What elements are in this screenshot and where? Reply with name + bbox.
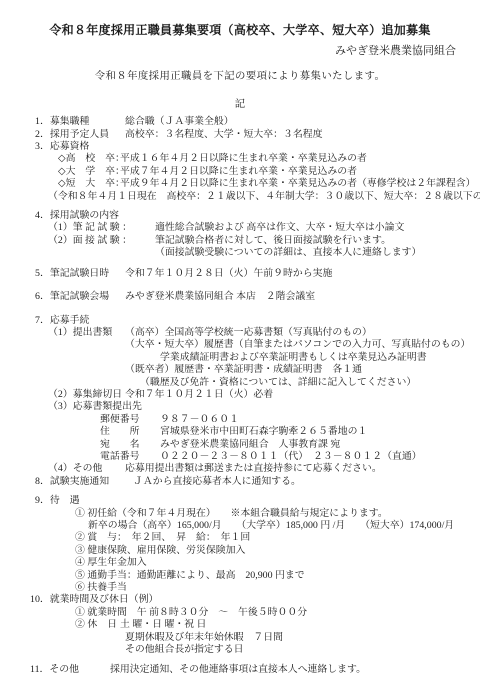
phone-value: ０２２０－２３－８０１１（代） ２３－８０１２（直通）: [160, 451, 422, 462]
section-1-value: 総合職（ＪＡ事業全般）: [125, 116, 234, 127]
address-line: 住 所宮城県登米市中田町石森字駒牽２６５番地の１: [0, 426, 480, 438]
deadline-value: 令和７年１０月２１日（火）必着: [125, 389, 273, 400]
section-9-heading: 9．待 遇: [0, 495, 480, 507]
doc-title: 令和８年度採用正職員募集要項（高校卒、大学卒、短大卒）追加募集: [0, 0, 480, 37]
section-7-other-label: （4）その他: [48, 463, 125, 475]
written-exam-value: 適性総合試験および 高卒は作文、大卒・短大卒は小論文: [155, 222, 404, 233]
benefit-dependent-allowance: ⑥ 扶養手当: [0, 582, 480, 594]
section-4-heading: 4．採用試験の内容: [0, 210, 480, 222]
qualification-juniorcollege-value: 平成９年４月２日以降に生まれ卒業・卒業見込みの者（専修学校は２年課程含）: [120, 178, 476, 189]
qualification-age-note: （令和８年４月１日現在 高校卒：２１歳以下、４年制大学：３０歳以下、短大卒：２８…: [0, 191, 480, 203]
deadline-label: （2）募集締切日: [48, 389, 125, 401]
section-5-value: 令和７年１０月２８日（火）午前９時から実施: [125, 268, 332, 279]
section-11-other: 11．その他採用決定通知、その他連絡事項は直接本人へ連絡します。: [0, 664, 480, 676]
section-1-label: 1．募集職種: [35, 116, 125, 128]
section-1-job-type: 1．募集職種総合職（ＪＡ事業全般）: [0, 116, 480, 128]
interview-exam-value: 筆記試験合格者に対して、後日面接試験を行います。: [155, 235, 391, 246]
section-7-heading: 7．応募手続: [0, 315, 480, 327]
address-value: 宮城県登米市中田町石森字駒牽２６５番地の１: [160, 426, 367, 437]
submission-docs-line3: 学業成績証明書および卒業証明書もしくは卒業見込み証明書: [0, 352, 480, 364]
holiday-label: ② 休 日: [75, 619, 120, 631]
benefit-commute-allowance: ⑤ 通勤手当：通勤距離により、最高 20,900 円まで: [0, 570, 480, 582]
qualification-highschool-label: ◇高 校 卒：: [58, 153, 120, 165]
benefit-bonus-raise: ② 賞 与： 年２回、 昇 給： 年１回: [0, 532, 480, 544]
section-6-exam-venue: 6．筆記試験会場みやぎ登米農業協同組合 本店 ２階会議室: [0, 291, 480, 303]
record-mark: 記: [0, 99, 480, 111]
submit-address-heading: （3）応募書類提出先: [0, 401, 480, 413]
address-label: 住 所: [100, 426, 160, 438]
qualification-university-label: ◇大 学 卒：: [58, 166, 120, 178]
benefit-salary-detail: 新卒の場合（高卒）165,000/月 （大学卒）185,000 円 /月 （短大…: [0, 520, 480, 532]
section-10-heading: 10．就業時間及び休日（例）: [0, 594, 480, 606]
addressee-value: みやぎ登米農業協同組合 人事教育課 宛: [160, 439, 340, 450]
holiday-designated: その他組合長が指定する日: [0, 644, 480, 656]
postal-code-label: 郵便番号: [100, 414, 160, 426]
submission-docs-highschool: （高卒）全国高等学校統一応募書類（写真貼付のもの）: [125, 327, 372, 338]
recruitment-notice-document: 令和８年度採用正職員募集要項（高校卒、大学卒、短大卒）追加募集 みやぎ登米農業協…: [0, 0, 480, 679]
postal-code-line: 郵便番号９８７－０６０１: [0, 414, 480, 426]
section-2-value: 高校卒：３名程度、大学・短大卒：３名程度: [125, 129, 323, 140]
phone-label: 電話番号: [100, 451, 160, 463]
section-5-exam-datetime: 5．筆記試験日時令和７年１０月２８日（火）午前９時から実施: [0, 268, 480, 280]
section-8-label: 8．試験実施通知: [35, 476, 133, 488]
section-11-value: 採用決定通知、その他連絡事項は直接本人へ連絡します。: [110, 664, 366, 675]
section-7-other-line: （4）その他応募用提出書類は郵送または直接持参にて応募ください。: [0, 463, 480, 475]
qualification-university: ◇大 学 卒：平成７年４月２日以降に生まれ卒業・卒業見込みの者: [0, 166, 480, 178]
working-hours-line: ① 就業時間 午 前８時３０分 ～ 午後５時００分: [0, 607, 480, 619]
benefit-starting-salary: ① 初任給（令和７年４月現在） ※本組合職員給与規定によります。: [0, 508, 480, 520]
holiday-summer-newyear: 夏期休暇及び年末年始休暇 ７日間: [0, 632, 480, 644]
section-2-planned-hires: 2．採用予定人員高校卒：３名程度、大学・短大卒：３名程度: [0, 129, 480, 141]
addressee-label: 宛 名: [100, 439, 160, 451]
addressee-line: 宛 名みやぎ登米農業協同組合 人事教育課 宛: [0, 439, 480, 451]
section-2-label: 2．採用予定人員: [35, 129, 125, 141]
intro-sentence: 令和８年度採用正職員を下記の要項により募集いたします。: [0, 71, 480, 83]
holiday-value: 土 曜・日 曜・祝 日: [120, 619, 206, 630]
submission-docs-line5: （職歴及び免許・資格については、詳細に記入してください）: [0, 377, 480, 389]
benefit-insurance: ③ 健康保険、雇用保険、労災保険加入: [0, 545, 480, 557]
qualification-juniorcollege-label: ◇短 大 卒：: [58, 178, 120, 190]
qualification-university-value: 平成７年４月２日以降に生まれ卒業・卒業見込みの者: [120, 166, 357, 177]
submission-docs-line1: （1）提出書類（高卒）全国高等学校統一応募書類（写真貼付のもの）: [0, 327, 480, 339]
section-3-heading: 3．応募資格: [0, 141, 480, 153]
interview-exam-label: （2）面 接 試 験 ：: [48, 235, 155, 247]
written-exam-label: （1）筆 記 試 験 ：: [48, 222, 155, 234]
submission-docs-label: （1）提出書類: [48, 327, 125, 339]
phone-line: 電話番号０２２０－２３－８０１１（代） ２３－８０１２（直通）: [0, 451, 480, 463]
holiday-line: ② 休 日土 曜・日 曜・祝 日: [0, 619, 480, 631]
interview-exam-note: （面接試験受験についての詳細は、直接本人に連絡します）: [0, 247, 480, 259]
deadline-line: （2）募集締切日令和７年１０月２１日（火）必着: [0, 389, 480, 401]
section-8-exam-notice: 8．試験実施通知ＪＡから直接応募者本人に通知する。: [0, 476, 480, 488]
organization-name: みやぎ登米農業協同組合: [0, 45, 480, 57]
qualification-juniorcollege: ◇短 大 卒：平成９年４月２日以降に生まれ卒業・卒業見込みの者（専修学校は２年課…: [0, 178, 480, 190]
written-exam-line: （1）筆 記 試 験 ：適性総合試験および 高卒は作文、大卒・短大卒は小論文: [0, 222, 480, 234]
section-7-other-value: 応募用提出書類は郵送または直接持参にて応募ください。: [125, 463, 382, 474]
qualification-highschool-value: 平成１６年４月２日以降に生まれ卒業・卒業見込みの者: [120, 153, 367, 164]
section-8-value: ＪＡから直接応募者本人に通知する。: [133, 476, 301, 487]
section-6-label: 6．筆記試験会場: [35, 291, 125, 303]
submission-docs-line4: （既卒者）履歴書・卒業証明書・成績証明書 各１通: [0, 364, 480, 376]
section-11-label: 11．その他: [30, 664, 110, 676]
section-5-label: 5．筆記試験日時: [35, 268, 125, 280]
interview-exam-line: （2）面 接 試 験 ：筆記試験合格者に対して、後日面接試験を行います。: [0, 235, 480, 247]
submission-docs-line2: （大卒・短大卒）履歴書（自筆またはパソコンでの入力可、写真貼付のもの）: [0, 339, 480, 351]
section-6-value: みやぎ登米農業協同組合 本店 ２階会議室: [125, 291, 315, 302]
qualification-highschool: ◇高 校 卒：平成１６年４月２日以降に生まれ卒業・卒業見込みの者: [0, 153, 480, 165]
benefit-pension: ④ 厚生年金加入: [0, 557, 480, 569]
postal-code-value: ９８７－０６０１: [160, 414, 239, 425]
